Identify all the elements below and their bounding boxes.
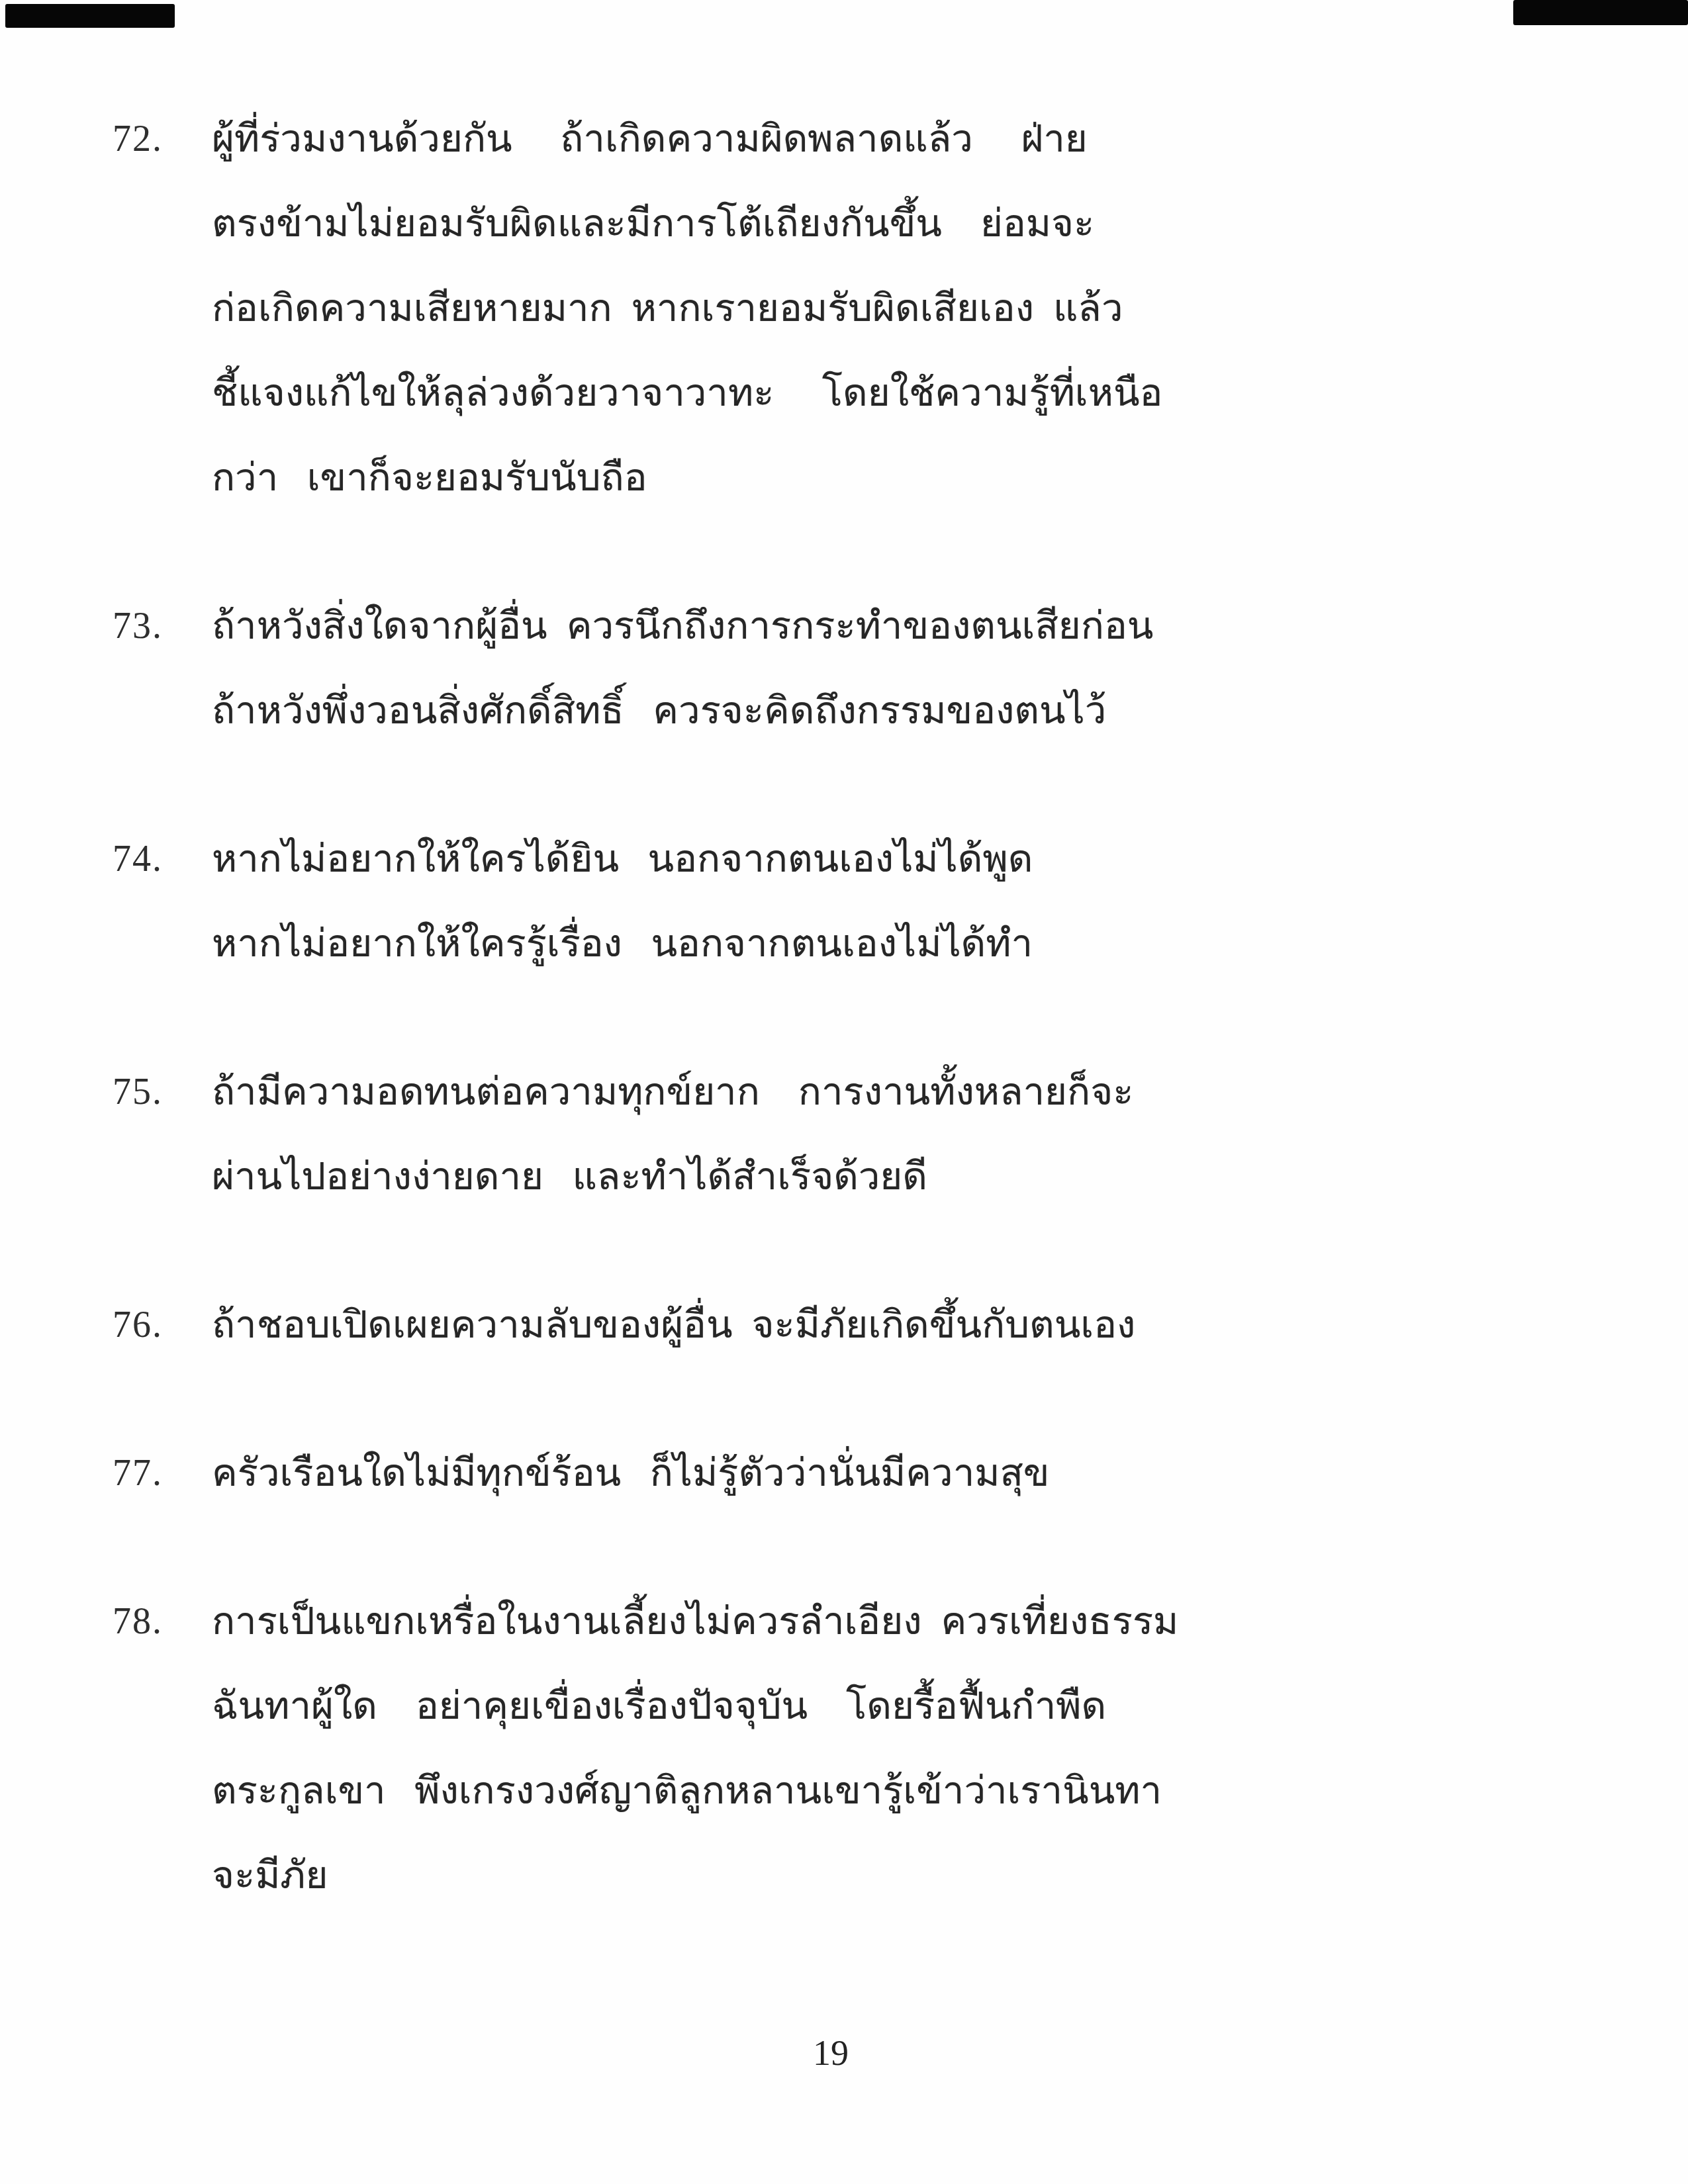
item-text: ถ้ามีความอดทนต่อความทุกข์ยาก การงานทั้งห… [212, 1050, 1589, 1219]
item-number: 75. [113, 1050, 212, 1134]
text-line: จะมีภัย [212, 1833, 1589, 1918]
item-number: 73. [113, 584, 212, 668]
text-line: ถ้าหวังสิ่งใดจากผู้อื่น ควรนึกถึงการกระท… [212, 584, 1589, 668]
list-item-75: 75. ถ้ามีความอดทนต่อความทุกข์ยาก การงานท… [113, 1050, 1589, 1219]
list-item-74: 74. หากไม่อยากให้ใครได้ยิน นอกจากตนเองไม… [113, 817, 1589, 986]
item-number: 77. [113, 1431, 212, 1516]
text-line: การเป็นแขกเหรื่อในงานเลี้ยงไม่ควรลำเอียง… [212, 1579, 1589, 1664]
item-text: หากไม่อยากให้ใครได้ยิน นอกจากตนเองไม่ได้… [212, 817, 1589, 986]
text-line: ถ้าหวังพึ่งวอนสิ่งศักดิ์สิทธิ์ ควรจะคิดถ… [212, 668, 1589, 753]
text-line: ฉันทาผู้ใด อย่าคุยเขื่องเรื่องปัจจุบัน โ… [212, 1664, 1589, 1749]
item-number: 78. [113, 1579, 212, 1664]
item-number: 76. [113, 1283, 212, 1367]
text-line: ถ้ามีความอดทนต่อความทุกข์ยาก การงานทั้งห… [212, 1050, 1589, 1134]
text-line: ครัวเรือนใดไม่มีทุกข์ร้อน ก็ไม่รู้ตัวว่า… [212, 1431, 1589, 1516]
list-item-77: 77. ครัวเรือนใดไม่มีทุกข์ร้อน ก็ไม่รู้ตั… [113, 1431, 1589, 1516]
list-item-76: 76. ถ้าชอบเปิดเผยความลับของผู้อื่น จะมีภ… [113, 1283, 1589, 1367]
text-line: หากไม่อยากให้ใครได้ยิน นอกจากตนเองไม่ได้… [212, 817, 1589, 901]
item-number: 74. [113, 817, 212, 901]
item-text: ถ้าหวังสิ่งใดจากผู้อื่น ควรนึกถึงการกระท… [212, 584, 1589, 753]
item-number: 72. [113, 97, 212, 181]
list-item-73: 73. ถ้าหวังสิ่งใดจากผู้อื่น ควรนึกถึงการ… [113, 584, 1589, 753]
text-line: ตระกูลเขา พึงเกรงวงศ์ญาติลูกหลานเขารู้เข… [212, 1749, 1589, 1833]
item-text: ถ้าชอบเปิดเผยความลับของผู้อื่น จะมีภัยเก… [212, 1283, 1589, 1367]
text-line: ตรงข้ามไม่ยอมรับผิดและมีการโต้เถียงกันขึ… [212, 181, 1589, 266]
text-line: ชี้แจงแก้ไขให้ลุล่วงด้วยวาจาวาทะ โดยใช้ค… [212, 351, 1589, 435]
item-text: ผู้ที่ร่วมงานด้วยกัน ถ้าเกิดความผิดพลาดแ… [212, 97, 1589, 520]
text-line: ก่อเกิดความเสียหายมาก หากเรายอมรับผิดเสี… [212, 266, 1589, 351]
list-item-78: 78. การเป็นแขกเหรื่อในงานเลี้ยงไม่ควรลำเ… [113, 1579, 1589, 1918]
list-item-72: 72. ผู้ที่ร่วมงานด้วยกัน ถ้าเกิดความผิดพ… [113, 97, 1589, 520]
text-line: ถ้าชอบเปิดเผยความลับของผู้อื่น จะมีภัยเก… [212, 1283, 1589, 1367]
scan-artifact-top-left [5, 4, 175, 28]
text-line: ผ่านไปอย่างง่ายดาย และทำได้สำเร็จด้วยดี [212, 1134, 1589, 1219]
text-line: กว่า เขาก็จะยอมรับนับถือ [212, 435, 1589, 520]
item-text: ครัวเรือนใดไม่มีทุกข์ร้อน ก็ไม่รู้ตัวว่า… [212, 1431, 1589, 1516]
page-content: 72. ผู้ที่ร่วมงานด้วยกัน ถ้าเกิดความผิดพ… [113, 97, 1589, 1918]
text-line: หากไม่อยากให้ใครรู้เรื่อง นอกจากตนเองไม่… [212, 901, 1589, 986]
page-number: 19 [0, 2033, 1662, 2073]
document-page: 72. ผู้ที่ร่วมงานด้วยกัน ถ้าเกิดความผิดพ… [0, 0, 1688, 2184]
text-line: ผู้ที่ร่วมงานด้วยกัน ถ้าเกิดความผิดพลาดแ… [212, 97, 1589, 181]
item-text: การเป็นแขกเหรื่อในงานเลี้ยงไม่ควรลำเอียง… [212, 1579, 1589, 1918]
scan-artifact-top-right [1513, 0, 1688, 25]
